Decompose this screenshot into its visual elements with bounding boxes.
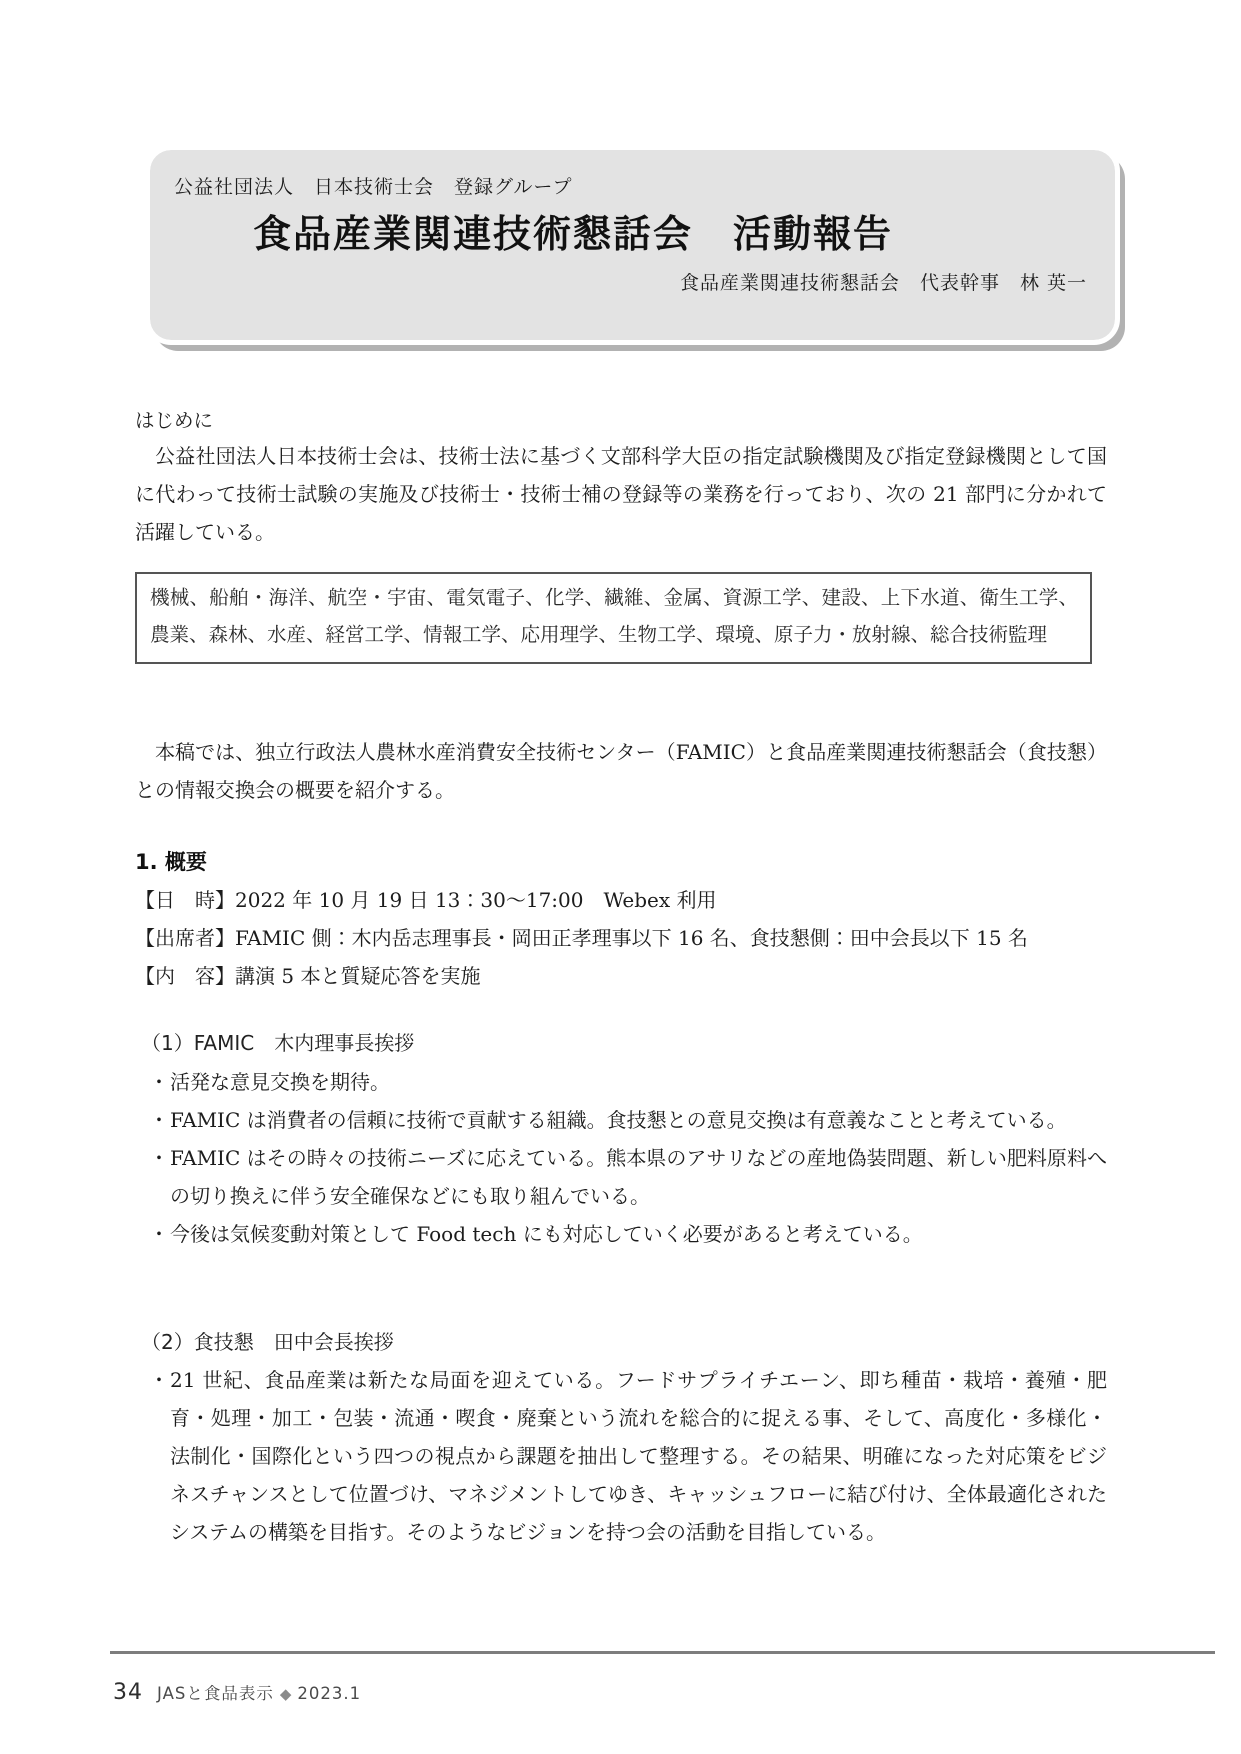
fields-box: 機械、船舶・海洋、航空・宇宙、電気電子、化学、繊維、金属、資源工学、建設、上下水…: [135, 572, 1092, 664]
subsection-1-bullets: ・ 活発な意見交換を期待。 ・ FAMIC は消費者の信頼に技術で貢献する組織。…: [149, 1063, 1107, 1253]
diamond-icon: ◆: [280, 1685, 292, 1703]
footer: 34 JASと食品表示 ◆ 2023.1: [113, 1680, 361, 1705]
lead-paragraph: 本稿では、独立行政法人農林水産消費安全技術センター（FAMIC）と食品産業関連技…: [135, 733, 1107, 809]
header-card: 公益社団法人 日本技術士会 登録グループ 食品産業関連技術懇話会 活動報告 食品…: [145, 145, 1120, 345]
bullet-text: FAMIC は消費者の信頼に技術で貢献する組織。食技懇との意見交換は有意義なこと…: [170, 1101, 1107, 1139]
document-page: 公益社団法人 日本技術士会 登録グループ 食品産業関連技術懇話会 活動報告 食品…: [0, 0, 1241, 1754]
bullet-item: ・ FAMIC はその時々の技術ニーズに応えている。熊本県のアサリなどの産地偽装…: [149, 1139, 1107, 1215]
affiliation-line: 公益社団法人 日本技術士会 登録グループ: [174, 174, 1115, 200]
bullet-marker: ・: [149, 1101, 170, 1139]
bullet-item: ・ FAMIC は消費者の信頼に技術で貢献する組織。食技懇との意見交換は有意義な…: [149, 1101, 1107, 1139]
section-1-heading: 1. 概要: [135, 845, 1107, 879]
issue-date: 2023.1: [297, 1684, 361, 1703]
bullet-marker: ・: [149, 1139, 170, 1215]
meta-line-attendees: 【出席者】FAMIC 側：木内岳志理事長・岡田正孝理事以下 16 名、食技懇側：…: [135, 919, 1107, 957]
bullet-marker: ・: [149, 1215, 170, 1253]
bullet-text: FAMIC はその時々の技術ニーズに応えている。熊本県のアサリなどの産地偽装問題…: [170, 1139, 1107, 1215]
bullet-marker: ・: [149, 1361, 170, 1551]
bullet-text: 今後は気候変動対策として Food tech にも対応していく必要があると考えて…: [170, 1215, 1107, 1253]
meta-list: 【日 時】2022 年 10 月 19 日 13：30～17:00 Webex …: [135, 881, 1107, 995]
subsection-1-heading: （1）FAMIC 木内理事長挨拶: [141, 1025, 1107, 1061]
bullet-text: 活発な意見交換を期待。: [170, 1063, 1107, 1101]
byline: 食品産業関連技術懇話会 代表幹事 林 英一: [150, 270, 1087, 296]
bullet-text: 21 世紀、食品産業は新たな局面を迎えている。フードサプライチエーン、即ち種苗・…: [170, 1361, 1107, 1551]
bullet-item: ・ 活発な意見交換を期待。: [149, 1063, 1107, 1101]
journal-title: JASと食品表示: [157, 1680, 274, 1704]
intro-paragraph: 公益社団法人日本技術士会は、技術士法に基づく文部科学大臣の指定試験機関及び指定登…: [135, 437, 1107, 551]
subsection-2-heading: （2）食技懇 田中会長挨拶: [141, 1324, 1107, 1360]
meta-line-datetime: 【日 時】2022 年 10 月 19 日 13：30～17:00 Webex …: [135, 881, 1107, 919]
page-number: 34: [113, 1680, 143, 1705]
bullet-item: ・ 21 世紀、食品産業は新たな局面を迎えている。フードサプライチエーン、即ち種…: [149, 1361, 1107, 1551]
meta-line-contents: 【内 容】講演 5 本と質疑応答を実施: [135, 957, 1107, 995]
article-title: 食品産業関連技術懇話会 活動報告: [253, 208, 1115, 260]
footer-rule: [110, 1651, 1215, 1654]
intro-heading: はじめに: [135, 402, 1107, 440]
bullet-marker: ・: [149, 1063, 170, 1101]
bullet-item: ・ 今後は気候変動対策として Food tech にも対応していく必要があると考…: [149, 1215, 1107, 1253]
subsection-2-bullets: ・ 21 世紀、食品産業は新たな局面を迎えている。フードサプライチエーン、即ち種…: [149, 1361, 1107, 1551]
